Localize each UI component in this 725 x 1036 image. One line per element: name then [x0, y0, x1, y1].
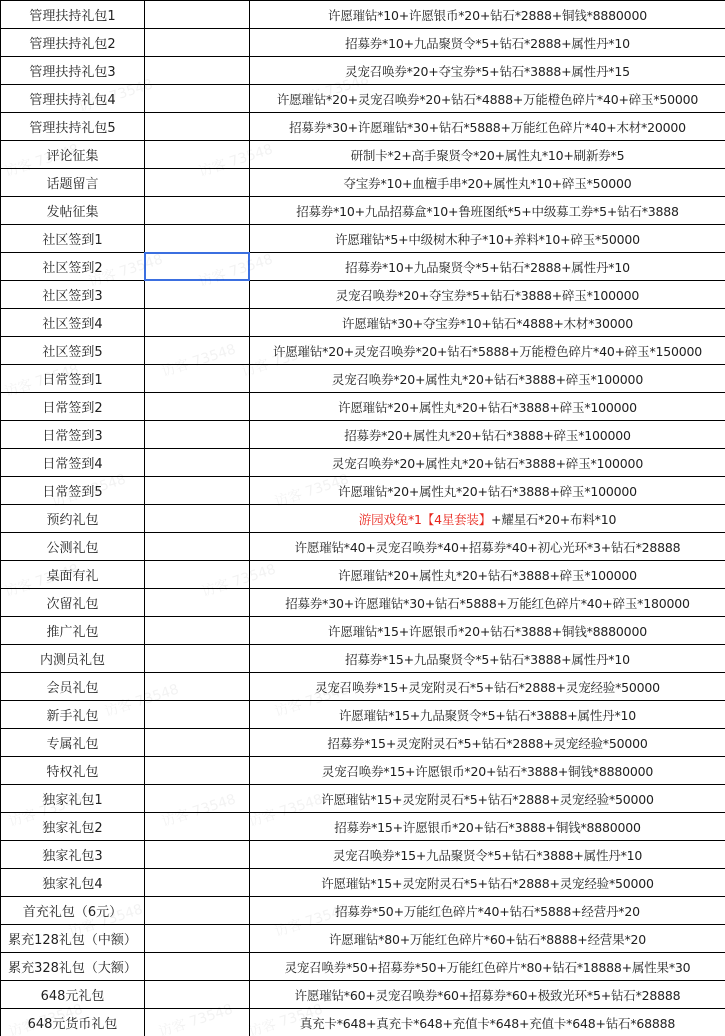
blank-cell[interactable] [145, 785, 250, 812]
blank-cell[interactable] [145, 1, 250, 28]
reward-cell[interactable]: 招募券*30+许愿璀钻*30+钻石*5888+万能红色碎片*40+碎玉*1800… [250, 589, 725, 616]
gift-name-cell[interactable]: 独家礼包3 [0, 841, 145, 868]
gift-name-cell[interactable]: 次留礼包 [0, 589, 145, 616]
reward-highlight-text: 游园戏兔*1【4星套装】 [359, 510, 491, 528]
gift-name-cell[interactable]: 评论征集 [0, 141, 145, 168]
gift-pack-spreadsheet: 管理扶持礼包1许愿璀钻*10+许愿银币*20+钻石*2888+铜钱*888000… [0, 0, 725, 1036]
reward-cell[interactable]: 许愿璀钻*20+属性丸*20+钻石*3888+碎玉*100000 [250, 561, 725, 588]
table-row: 独家礼包2招募券*15+许愿银币*20+钻石*3888+铜钱*8880000 [0, 812, 725, 840]
blank-cell[interactable] [145, 113, 250, 140]
gift-name-cell[interactable]: 日常签到5 [0, 477, 145, 504]
table-row: 管理扶持礼包5招募券*30+许愿璀钻*30+钻石*5888+万能红色碎片*40+… [0, 112, 725, 140]
reward-text: 招募券*30+许愿璀钻*30+钻石*5888+万能红色碎片*40+木材*2000… [289, 118, 686, 136]
reward-cell[interactable]: 招募券*10+九品招募盒*10+鲁班图纸*5+中级募工券*5+钻石*3888 [250, 197, 725, 224]
gift-name-cell[interactable]: 管理扶持礼包5 [0, 113, 145, 140]
reward-text: 灵宠召唤券*20+夺宝券*5+钻石*3888+碎玉*100000 [336, 286, 639, 304]
reward-cell[interactable]: 灵宠召唤券*15+九品聚贤令*5+钻石*3888+属性丹*10 [250, 841, 725, 868]
reward-text: 招募券*10+九品聚贤令*5+钻石*2888+属性丹*10 [345, 34, 630, 52]
table-row: 社区签到4许愿璀钻*30+夺宝券*10+钻石*4888+木材*30000 [0, 308, 725, 336]
reward-text: 许愿璀钻*60+灵宠召唤券*60+招募券*60+极致光环*5+钻石*28888 [295, 986, 681, 1004]
gift-name-cell[interactable]: 管理扶持礼包4 [0, 85, 145, 112]
table-row: 累充328礼包（大额）灵宠召唤券*50+招募券*50+万能红色碎片*80+钻石*… [0, 952, 725, 980]
table-row: 会员礼包灵宠召唤券*15+灵宠附灵石*5+钻石*2888+灵宠经验*50000 [0, 672, 725, 700]
gift-name-cell[interactable]: 会员礼包 [0, 673, 145, 700]
table-row: 社区签到5许愿璀钻*20+灵宠召唤券*20+钻石*5888+万能橙色碎片*40+… [0, 336, 725, 364]
reward-text: 许愿璀钻*20+灵宠召唤券*20+钻石*4888+万能橙色碎片*40+碎玉*50… [277, 90, 698, 108]
reward-cell[interactable]: 研制卡*2+高手聚贤令*20+属性丸*10+刷新券*5 [250, 141, 725, 168]
blank-cell[interactable] [145, 477, 250, 504]
reward-text: 许愿璀钻*20+属性丸*20+钻石*3888+碎玉*100000 [338, 482, 637, 500]
gift-name-cell[interactable]: 发帖征集 [0, 197, 145, 224]
reward-text: 许愿璀钻*15+许愿银币*20+钻石*3888+铜钱*8880000 [328, 622, 647, 640]
blank-cell[interactable] [145, 841, 250, 868]
reward-cell[interactable]: 许愿璀钻*15+许愿银币*20+钻石*3888+铜钱*8880000 [250, 617, 725, 644]
reward-cell[interactable]: 许愿璀钻*20+属性丸*20+钻石*3888+碎玉*100000 [250, 477, 725, 504]
reward-text: 许愿璀钻*15+灵宠附灵石*5+钻石*2888+灵宠经验*50000 [321, 874, 654, 892]
reward-cell[interactable]: 许愿璀钻*10+许愿银币*20+钻石*2888+铜钱*8880000 [250, 1, 725, 28]
reward-text: 灵宠召唤券*20+夺宝券*5+钻石*3888+属性丹*15 [345, 62, 630, 80]
blank-cell[interactable] [145, 169, 250, 196]
blank-cell[interactable] [145, 85, 250, 112]
reward-text: 许愿璀钻*80+万能红色碎片*60+钻石*8888+经营果*20 [329, 930, 646, 948]
table-row: 管理扶持礼包1许愿璀钻*10+许愿银币*20+钻石*2888+铜钱*888000… [0, 0, 725, 28]
reward-cell[interactable]: 灵宠召唤券*20+夺宝券*5+钻石*3888+属性丹*15 [250, 57, 725, 84]
blank-cell[interactable] [145, 729, 250, 756]
gift-name-cell[interactable]: 公测礼包 [0, 533, 145, 560]
reward-cell[interactable]: 许愿璀钻*60+灵宠召唤券*60+招募券*60+极致光环*5+钻石*28888 [250, 981, 725, 1008]
table-row: 推广礼包许愿璀钻*15+许愿银币*20+钻石*3888+铜钱*8880000 [0, 616, 725, 644]
gift-name-cell[interactable]: 社区签到2 [0, 253, 145, 280]
table-row: 日常签到4灵宠召唤券*20+属性丸*20+钻石*3888+碎玉*100000 [0, 448, 725, 476]
reward-text: 招募券*20+属性丸*20+钻石*3888+碎玉*100000 [344, 426, 631, 444]
table-row: 日常签到5许愿璀钻*20+属性丸*20+钻石*3888+碎玉*100000 [0, 476, 725, 504]
blank-cell[interactable] [145, 617, 250, 644]
blank-cell[interactable] [145, 645, 250, 672]
table-row: 管理扶持礼包4许愿璀钻*20+灵宠召唤券*20+钻石*4888+万能橙色碎片*4… [0, 84, 725, 112]
reward-cell[interactable]: 许愿璀钻*5+中级树木种子*10+养料*10+碎玉*50000 [250, 225, 725, 252]
gift-name-cell[interactable]: 日常签到2 [0, 393, 145, 420]
reward-text: 许愿璀钻*5+中级树木种子*10+养料*10+碎玉*50000 [335, 230, 640, 248]
reward-cell[interactable]: 灵宠召唤券*15+灵宠附灵石*5+钻石*2888+灵宠经验*50000 [250, 673, 725, 700]
reward-text: 灵宠召唤券*50+招募券*50+万能红色碎片*80+钻石*18888+属性果*3… [285, 958, 691, 976]
reward-cell[interactable]: 招募券*15+九品聚贤令*5+钻石*3888+属性丹*10 [250, 645, 725, 672]
table-row: 评论征集研制卡*2+高手聚贤令*20+属性丸*10+刷新券*5 [0, 140, 725, 168]
blank-cell[interactable] [145, 141, 250, 168]
reward-cell[interactable]: 夺宝券*10+血檀手串*20+属性丸*10+碎玉*50000 [250, 169, 725, 196]
blank-cell[interactable] [145, 953, 250, 980]
reward-cell[interactable]: 招募券*30+许愿璀钻*30+钻石*5888+万能红色碎片*40+木材*2000… [250, 113, 725, 140]
reward-text: 研制卡*2+高手聚贤令*20+属性丸*10+刷新券*5 [351, 146, 625, 164]
gift-name-cell[interactable]: 首充礼包（6元） [0, 897, 145, 924]
table-row: 管理扶持礼包2招募券*10+九品聚贤令*5+钻石*2888+属性丹*10 [0, 28, 725, 56]
blank-cell[interactable] [145, 309, 250, 336]
table-row: 次留礼包招募券*30+许愿璀钻*30+钻石*5888+万能红色碎片*40+碎玉*… [0, 588, 725, 616]
reward-text: 许愿璀钻*30+夺宝券*10+钻石*4888+木材*30000 [342, 314, 633, 332]
blank-cell[interactable] [145, 421, 250, 448]
table-row: 独家礼包4许愿璀钻*15+灵宠附灵石*5+钻石*2888+灵宠经验*50000 [0, 868, 725, 896]
reward-cell[interactable]: 游园戏兔*1【4星套装】+耀星石*20+布料*10 [250, 505, 725, 532]
gift-name-cell[interactable]: 日常签到3 [0, 421, 145, 448]
table-row: 话题留言夺宝券*10+血檀手串*20+属性丸*10+碎玉*50000 [0, 168, 725, 196]
reward-cell[interactable]: 灵宠召唤券*20+属性丸*20+钻石*3888+碎玉*100000 [250, 449, 725, 476]
reward-text: +耀星石*20+布料*10 [491, 510, 616, 528]
blank-cell[interactable] [145, 701, 250, 728]
gift-name-cell[interactable]: 推广礼包 [0, 617, 145, 644]
blank-cell[interactable] [145, 757, 250, 784]
blank-cell[interactable] [145, 449, 250, 476]
reward-text: 招募券*15+许愿银币*20+钻石*3888+铜钱*8880000 [334, 818, 641, 836]
blank-cell[interactable] [145, 925, 250, 952]
reward-cell[interactable]: 许愿璀钻*40+灵宠召唤券*40+招募券*40+初心光环*3+钻石*28888 [250, 533, 725, 560]
reward-cell[interactable]: 灵宠召唤券*20+夺宝券*5+钻石*3888+碎玉*100000 [250, 281, 725, 308]
reward-text: 许愿璀钻*20+属性丸*20+钻石*3888+碎玉*100000 [338, 398, 637, 416]
reward-cell[interactable]: 招募券*15+灵宠附灵石*5+钻石*2888+灵宠经验*50000 [250, 729, 725, 756]
reward-cell[interactable]: 许愿璀钻*15+灵宠附灵石*5+钻石*2888+灵宠经验*50000 [250, 869, 725, 896]
blank-cell[interactable] [145, 225, 250, 252]
table-row: 新手礼包许愿璀钻*15+九品聚贤令*5+钻石*3888+属性丹*10 [0, 700, 725, 728]
table-row: 桌面有礼许愿璀钻*20+属性丸*20+钻石*3888+碎玉*100000 [0, 560, 725, 588]
reward-text: 真充卡*648+真充卡*648+充值卡*648+充值卡*648+钻石*68888 [300, 1014, 675, 1032]
gift-name-cell[interactable]: 预约礼包 [0, 505, 145, 532]
gift-name-cell[interactable]: 社区签到5 [0, 337, 145, 364]
blank-cell[interactable] [145, 393, 250, 420]
reward-text: 灵宠召唤券*15+灵宠附灵石*5+钻石*2888+灵宠经验*50000 [315, 678, 660, 696]
reward-cell[interactable]: 灵宠召唤券*50+招募券*50+万能红色碎片*80+钻石*18888+属性果*3… [250, 953, 725, 980]
blank-cell[interactable] [145, 505, 250, 532]
table-row: 社区签到2招募券*10+九品聚贤令*5+钻石*2888+属性丹*10 [0, 252, 725, 280]
reward-text: 灵宠召唤券*20+属性丸*20+钻石*3888+碎玉*100000 [332, 370, 643, 388]
reward-cell[interactable]: 招募券*10+九品聚贤令*5+钻石*2888+属性丹*10 [250, 253, 725, 280]
blank-cell[interactable] [145, 1009, 250, 1036]
gift-name-cell[interactable]: 社区签到4 [0, 309, 145, 336]
table-row: 发帖征集招募券*10+九品招募盒*10+鲁班图纸*5+中级募工券*5+钻石*38… [0, 196, 725, 224]
reward-text: 灵宠召唤券*20+属性丸*20+钻石*3888+碎玉*100000 [332, 454, 643, 472]
gift-name-cell[interactable]: 管理扶持礼包2 [0, 29, 145, 56]
reward-cell[interactable]: 真充卡*648+真充卡*648+充值卡*648+充值卡*648+钻石*68888 [250, 1009, 725, 1036]
reward-cell[interactable]: 许愿璀钻*15+九品聚贤令*5+钻石*3888+属性丹*10 [250, 701, 725, 728]
blank-cell[interactable] [145, 561, 250, 588]
reward-cell[interactable]: 许愿璀钻*20+灵宠召唤券*20+钻石*5888+万能橙色碎片*40+碎玉*15… [250, 337, 725, 364]
reward-cell[interactable]: 许愿璀钻*20+属性丸*20+钻石*3888+碎玉*100000 [250, 393, 725, 420]
table-row: 预约礼包游园戏兔*1【4星套装】+耀星石*20+布料*10 [0, 504, 725, 532]
table-row: 公测礼包许愿璀钻*40+灵宠召唤券*40+招募券*40+初心光环*3+钻石*28… [0, 532, 725, 560]
reward-text: 招募券*10+九品聚贤令*5+钻石*2888+属性丹*10 [345, 258, 630, 276]
gift-name-cell[interactable]: 桌面有礼 [0, 561, 145, 588]
reward-text: 许愿璀钻*15+灵宠附灵石*5+钻石*2888+灵宠经验*50000 [321, 790, 654, 808]
reward-text: 许愿璀钻*40+灵宠召唤券*40+招募券*40+初心光环*3+钻石*28888 [295, 538, 681, 556]
reward-text: 招募券*15+灵宠附灵石*5+钻石*2888+灵宠经验*50000 [327, 734, 647, 752]
reward-cell[interactable]: 招募券*15+许愿银币*20+钻石*3888+铜钱*8880000 [250, 813, 725, 840]
reward-cell[interactable]: 许愿璀钻*20+灵宠召唤券*20+钻石*4888+万能橙色碎片*40+碎玉*50… [250, 85, 725, 112]
gift-name-cell[interactable]: 独家礼包2 [0, 813, 145, 840]
gift-name-cell[interactable]: 内测员礼包 [0, 645, 145, 672]
table-row: 日常签到3招募券*20+属性丸*20+钻石*3888+碎玉*100000 [0, 420, 725, 448]
gift-name-cell[interactable]: 特权礼包 [0, 757, 145, 784]
table-row: 独家礼包1许愿璀钻*15+灵宠附灵石*5+钻石*2888+灵宠经验*50000 [0, 784, 725, 812]
reward-cell[interactable]: 招募券*10+九品聚贤令*5+钻石*2888+属性丹*10 [250, 29, 725, 56]
reward-cell[interactable]: 灵宠召唤券*15+许愿银币*20+钻石*3888+铜钱*8880000 [250, 757, 725, 784]
reward-text: 招募券*10+九品招募盒*10+鲁班图纸*5+中级募工券*5+钻石*3888 [296, 202, 679, 220]
reward-cell[interactable]: 招募券*20+属性丸*20+钻石*3888+碎玉*100000 [250, 421, 725, 448]
reward-cell[interactable]: 灵宠召唤券*20+属性丸*20+钻石*3888+碎玉*100000 [250, 365, 725, 392]
table-row: 首充礼包（6元）招募券*50+万能红色碎片*40+钻石*5888+经营丹*20 [0, 896, 725, 924]
gift-name-cell[interactable]: 专属礼包 [0, 729, 145, 756]
reward-text: 许愿璀钻*20+属性丸*20+钻石*3888+碎玉*100000 [338, 566, 637, 584]
table-row: 648元货币礼包真充卡*648+真充卡*648+充值卡*648+充值卡*648+… [0, 1008, 725, 1036]
gift-name-cell[interactable]: 独家礼包1 [0, 785, 145, 812]
table-row: 特权礼包灵宠召唤券*15+许愿银币*20+钻石*3888+铜钱*8880000 [0, 756, 725, 784]
blank-cell[interactable] [145, 589, 250, 616]
table-row: 独家礼包3灵宠召唤券*15+九品聚贤令*5+钻石*3888+属性丹*10 [0, 840, 725, 868]
blank-cell[interactable] [145, 533, 250, 560]
reward-text: 夺宝券*10+血檀手串*20+属性丸*10+碎玉*50000 [344, 174, 632, 192]
reward-text: 招募券*30+许愿璀钻*30+钻石*5888+万能红色碎片*40+碎玉*1800… [285, 594, 690, 612]
gift-name-cell[interactable]: 日常签到4 [0, 449, 145, 476]
gift-name-cell[interactable]: 日常签到1 [0, 365, 145, 392]
reward-text: 灵宠召唤券*15+九品聚贤令*5+钻石*3888+属性丹*10 [333, 846, 642, 864]
blank-cell[interactable] [145, 281, 250, 308]
table-row: 累充128礼包（中额）许愿璀钻*80+万能红色碎片*60+钻石*8888+经营果… [0, 924, 725, 952]
gift-name-cell[interactable]: 社区签到3 [0, 281, 145, 308]
gift-name-cell[interactable]: 累充328礼包（大额） [0, 953, 145, 980]
gift-name-cell[interactable]: 648元货币礼包 [0, 1009, 145, 1036]
blank-cell[interactable] [145, 365, 250, 392]
blank-cell[interactable] [145, 57, 250, 84]
gift-name-cell[interactable]: 独家礼包4 [0, 869, 145, 896]
table-row: 管理扶持礼包3灵宠召唤券*20+夺宝券*5+钻石*3888+属性丹*15 [0, 56, 725, 84]
reward-text: 招募券*50+万能红色碎片*40+钻石*5888+经营丹*20 [335, 902, 640, 920]
gift-name-cell[interactable]: 管理扶持礼包3 [0, 57, 145, 84]
reward-cell[interactable]: 许愿璀钻*30+夺宝券*10+钻石*4888+木材*30000 [250, 309, 725, 336]
reward-text: 招募券*15+九品聚贤令*5+钻石*3888+属性丹*10 [345, 650, 630, 668]
table-row: 648元礼包许愿璀钻*60+灵宠召唤券*60+招募券*60+极致光环*5+钻石*… [0, 980, 725, 1008]
reward-text: 许愿璀钻*20+灵宠召唤券*20+钻石*5888+万能橙色碎片*40+碎玉*15… [273, 342, 702, 360]
table-row: 社区签到1许愿璀钻*5+中级树木种子*10+养料*10+碎玉*50000 [0, 224, 725, 252]
gift-name-cell[interactable]: 648元礼包 [0, 981, 145, 1008]
blank-cell[interactable] [145, 869, 250, 896]
blank-cell[interactable] [145, 29, 250, 56]
reward-cell[interactable]: 许愿璀钻*15+灵宠附灵石*5+钻石*2888+灵宠经验*50000 [250, 785, 725, 812]
table-row: 社区签到3灵宠召唤券*20+夺宝券*5+钻石*3888+碎玉*100000 [0, 280, 725, 308]
gift-name-cell[interactable]: 累充128礼包（中额） [0, 925, 145, 952]
blank-cell[interactable] [145, 337, 250, 364]
blank-cell[interactable] [145, 197, 250, 224]
reward-cell[interactable]: 招募券*50+万能红色碎片*40+钻石*5888+经营丹*20 [250, 897, 725, 924]
gift-name-cell[interactable]: 话题留言 [0, 169, 145, 196]
reward-text: 许愿璀钻*15+九品聚贤令*5+钻石*3888+属性丹*10 [339, 706, 636, 724]
table-row: 日常签到1灵宠召唤券*20+属性丸*20+钻石*3888+碎玉*100000 [0, 364, 725, 392]
reward-text: 许愿璀钻*10+许愿银币*20+钻石*2888+铜钱*8880000 [328, 6, 647, 24]
gift-name-cell[interactable]: 社区签到1 [0, 225, 145, 252]
gift-name-cell[interactable]: 管理扶持礼包1 [0, 1, 145, 28]
reward-text: 灵宠召唤券*15+许愿银币*20+钻石*3888+铜钱*8880000 [322, 762, 653, 780]
blank-cell[interactable] [145, 673, 250, 700]
blank-cell[interactable] [145, 897, 250, 924]
gift-name-cell[interactable]: 新手礼包 [0, 701, 145, 728]
table-row: 内测员礼包招募券*15+九品聚贤令*5+钻石*3888+属性丹*10 [0, 644, 725, 672]
reward-cell[interactable]: 许愿璀钻*80+万能红色碎片*60+钻石*8888+经营果*20 [250, 925, 725, 952]
blank-cell[interactable] [145, 981, 250, 1008]
selected-cell-indicator[interactable] [144, 252, 250, 281]
table-row: 日常签到2许愿璀钻*20+属性丸*20+钻石*3888+碎玉*100000 [0, 392, 725, 420]
table-row: 专属礼包招募券*15+灵宠附灵石*5+钻石*2888+灵宠经验*50000 [0, 728, 725, 756]
blank-cell[interactable] [145, 813, 250, 840]
